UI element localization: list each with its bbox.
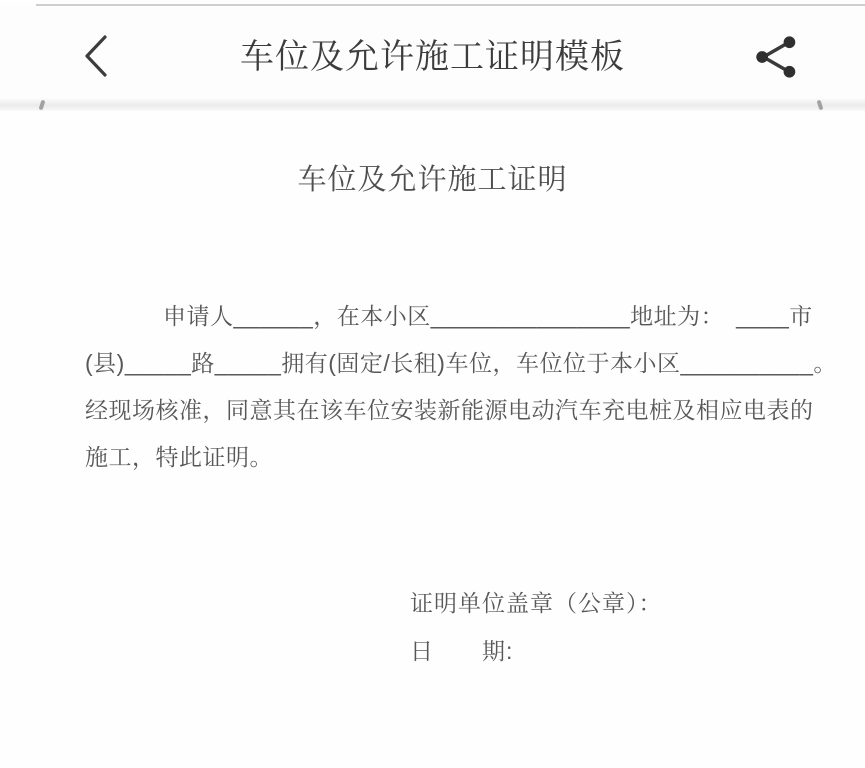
signature-block: 证明单位盖章（公章）： 日 期:	[410, 579, 663, 675]
document-title: 车位及允许施工证明	[0, 157, 865, 198]
body-line-3: 经现场核准，同意其在该车位安装新能源电动汽车充电桩及相应电表的	[85, 387, 795, 434]
share-icon	[750, 31, 802, 83]
date-label: 日 期:	[410, 627, 663, 675]
body-line-2: (县)_____路_____拥有(固定/长租)车位，车位位于本小区_______…	[85, 340, 795, 387]
page-title: 车位及允许施工证明模板	[0, 6, 865, 100]
document-page: 车位及允许施工证明 申请人______，在本小区_______________地…	[0, 111, 865, 768]
header-divider	[0, 98, 865, 111]
stamp-label: 证明单位盖章（公章）：	[410, 579, 663, 627]
navbar: 车位及允许施工证明模板	[0, 6, 865, 100]
document-body: 申请人______，在本小区_______________地址为： ____市 …	[85, 293, 795, 481]
body-line-4: 施工，特此证明。	[85, 434, 795, 481]
app-screen: 车位及允许施工证明模板 车位及允许施工证明 申请人______，在本小区____…	[0, 0, 865, 768]
share-button[interactable]	[747, 28, 805, 86]
body-line-1: 申请人______，在本小区_______________地址为： ____市	[85, 293, 795, 340]
